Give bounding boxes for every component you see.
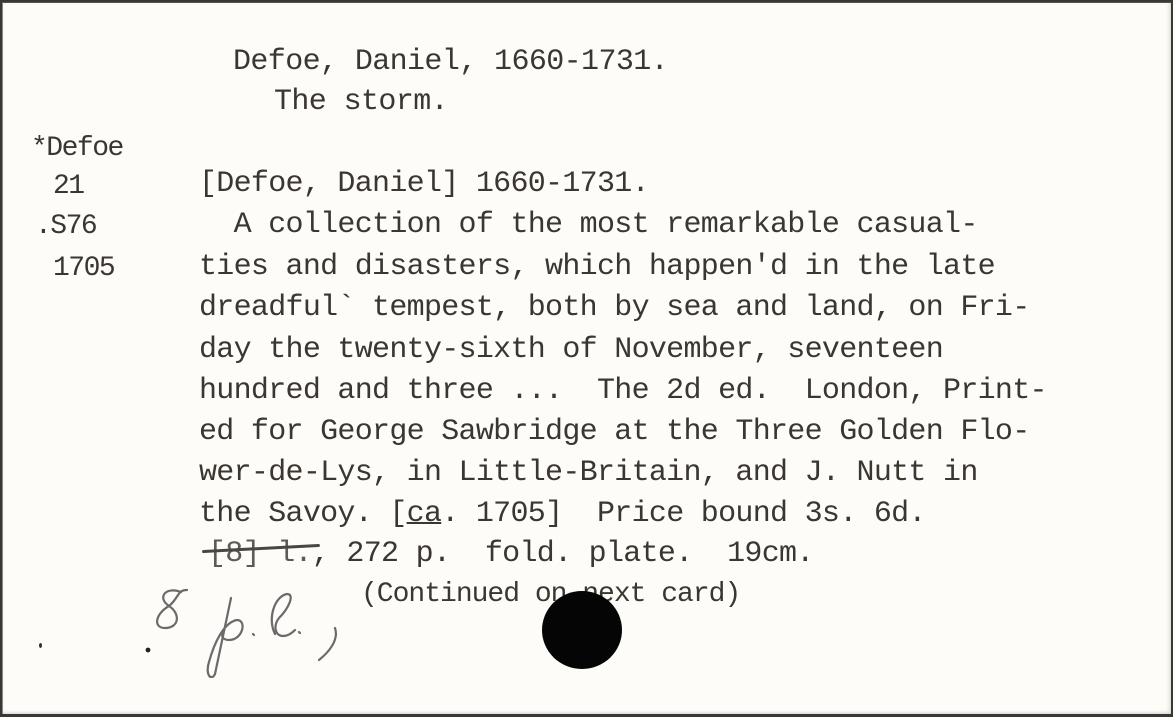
main-entry: [Defoe, Daniel] 1660-1731. xyxy=(199,169,649,199)
imprint-after: . 1705] Price bound 3s. 6d. xyxy=(441,497,925,531)
call-number-line: 21 xyxy=(53,173,84,201)
collation-line: [8] l., 272 p. fold. plate. 19cm. xyxy=(208,539,814,569)
call-number-line: .S76 xyxy=(35,213,96,241)
body-line: dreadful` tempest, both by sea and land,… xyxy=(199,293,1030,323)
struck-out-collation: [8] l. xyxy=(208,537,312,571)
imprint-before: the Savoy. [ xyxy=(199,497,407,531)
ink-speck xyxy=(39,643,42,648)
handwritten-correction: 8 p.l., xyxy=(143,578,363,678)
call-number-line: 1705 xyxy=(53,255,114,283)
imprint-line: the Savoy. [ca. 1705] Price bound 3s. 6d… xyxy=(199,499,926,529)
body-line: A collection of the most remarkable casu… xyxy=(199,210,978,240)
heading-title: The storm. xyxy=(274,87,448,117)
body-line: wer-de-Lys, in Little-Britain, and J. Nu… xyxy=(199,458,978,488)
punch-hole xyxy=(542,591,622,669)
body-line: hundred and three ... The 2d ed. London,… xyxy=(199,376,1047,406)
heading-author: Defoe, Daniel, 1660-1731. xyxy=(233,47,668,77)
body-line: ties and disasters, which happen'd in th… xyxy=(199,252,995,282)
collation-rest: , 272 p. fold. plate. 19cm. xyxy=(312,537,814,571)
imprint-circa: ca xyxy=(407,497,442,531)
body-line: ed for George Sawbridge at the Three Gol… xyxy=(199,417,1030,447)
call-number-line: *Defoe xyxy=(31,135,123,163)
catalog-card: Defoe, Daniel, 1660-1731. The storm. *De… xyxy=(2,2,1171,714)
body-line: day the twenty-sixth of November, sevent… xyxy=(199,335,943,365)
